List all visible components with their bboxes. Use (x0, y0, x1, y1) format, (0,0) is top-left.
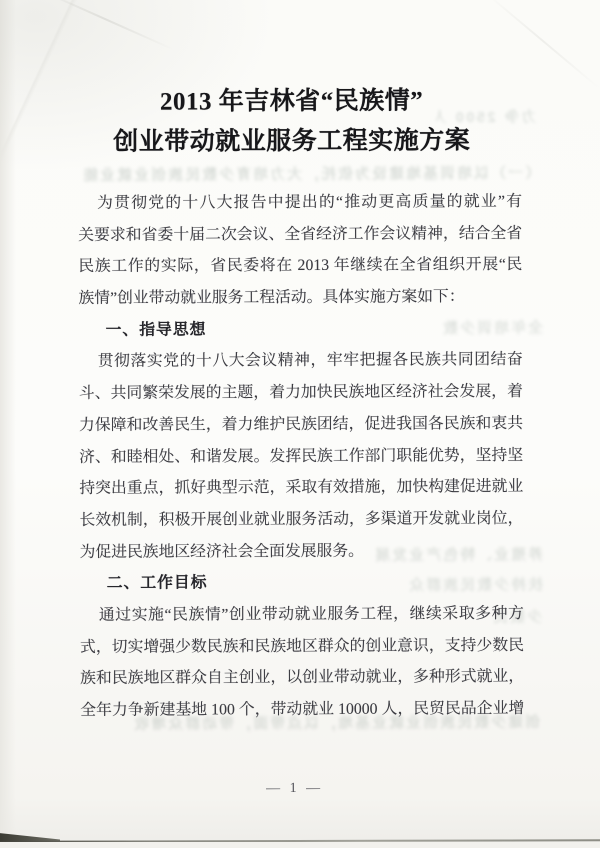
body-line: 关要求和省委十届二次会议、全省经济工作会议精神，结合全省 (78, 218, 522, 252)
body-line: 族情”创业带动就业服务工程活动。具体实施方案如下： (78, 281, 522, 315)
section-heading-2: 二、工作目标 (80, 566, 524, 600)
scanned-document-page: 力争 2500 人 （一）以培训基地建设为依托，大力培育少数民族创业就业能力 全… (0, 0, 600, 848)
page-number: — 1 — (0, 778, 595, 799)
body-line: 全年力争新建基地 100 个，带动就业 10000 人，民贸民品企业增 (80, 693, 524, 727)
body-line: 式，切实增强少数民族和民族地区群众的创业意识，支持少数民 (80, 630, 524, 664)
body-line: 斗、共同繁荣发展的主题，着力加快民族地区经济社会发展，着 (79, 376, 523, 410)
scanner-background (0, 842, 600, 848)
body-line: 通过实施“民族情”创业带动就业服务工程，继续采取多种方 (80, 598, 524, 632)
body-line: 族和民族地区群众自主创业，以创业带动就业，多种形式就业， (80, 661, 524, 695)
body-line: 长效机制，积极开展创业就业服务活动，多渠道开发就业岗位， (79, 503, 523, 537)
body-line: 持突出重点，抓好典型示范，采取有效措施，加快构建促进就业 (79, 471, 523, 505)
document-title: 2013 年吉林省“民族情” 创业带动就业服务工程实施方案 (0, 81, 592, 164)
body-line: 为贯彻党的十八大报告中提出的“推动更高质量的就业”有 (78, 186, 522, 220)
body-line: 民族工作的实际，省民委将在 2013 年继续在全省组织开展“民 (78, 249, 522, 283)
document-title-line-2: 创业带动就业服务工程实施方案 (0, 121, 592, 164)
section-heading-1: 一、指导思想 (79, 313, 523, 347)
body-line: 贯彻落实党的十八大会议精神，牢牢把握各民族共同团结奋 (79, 344, 523, 378)
document-body: 为贯彻党的十八大报告中提出的“推动更高质量的就业”有 关要求和省委十届二次会议、… (78, 186, 524, 727)
document-title-line-1: 2013 年吉林省“民族情” (0, 81, 592, 124)
body-line: 力保障和改善民生，着力维护民族团结，促进我国各民族和衷共 (79, 408, 523, 442)
body-line: 济、和睦相处、和谐发展。发挥民族工作部门职能优势，坚持坚 (79, 440, 523, 474)
body-line: 为促进民族地区经济社会全面发展服务。 (80, 535, 524, 569)
document-content: 2013 年吉林省“民族情” 创业带动就业服务工程实施方案 为贯彻党的十八大报告… (0, 0, 600, 848)
